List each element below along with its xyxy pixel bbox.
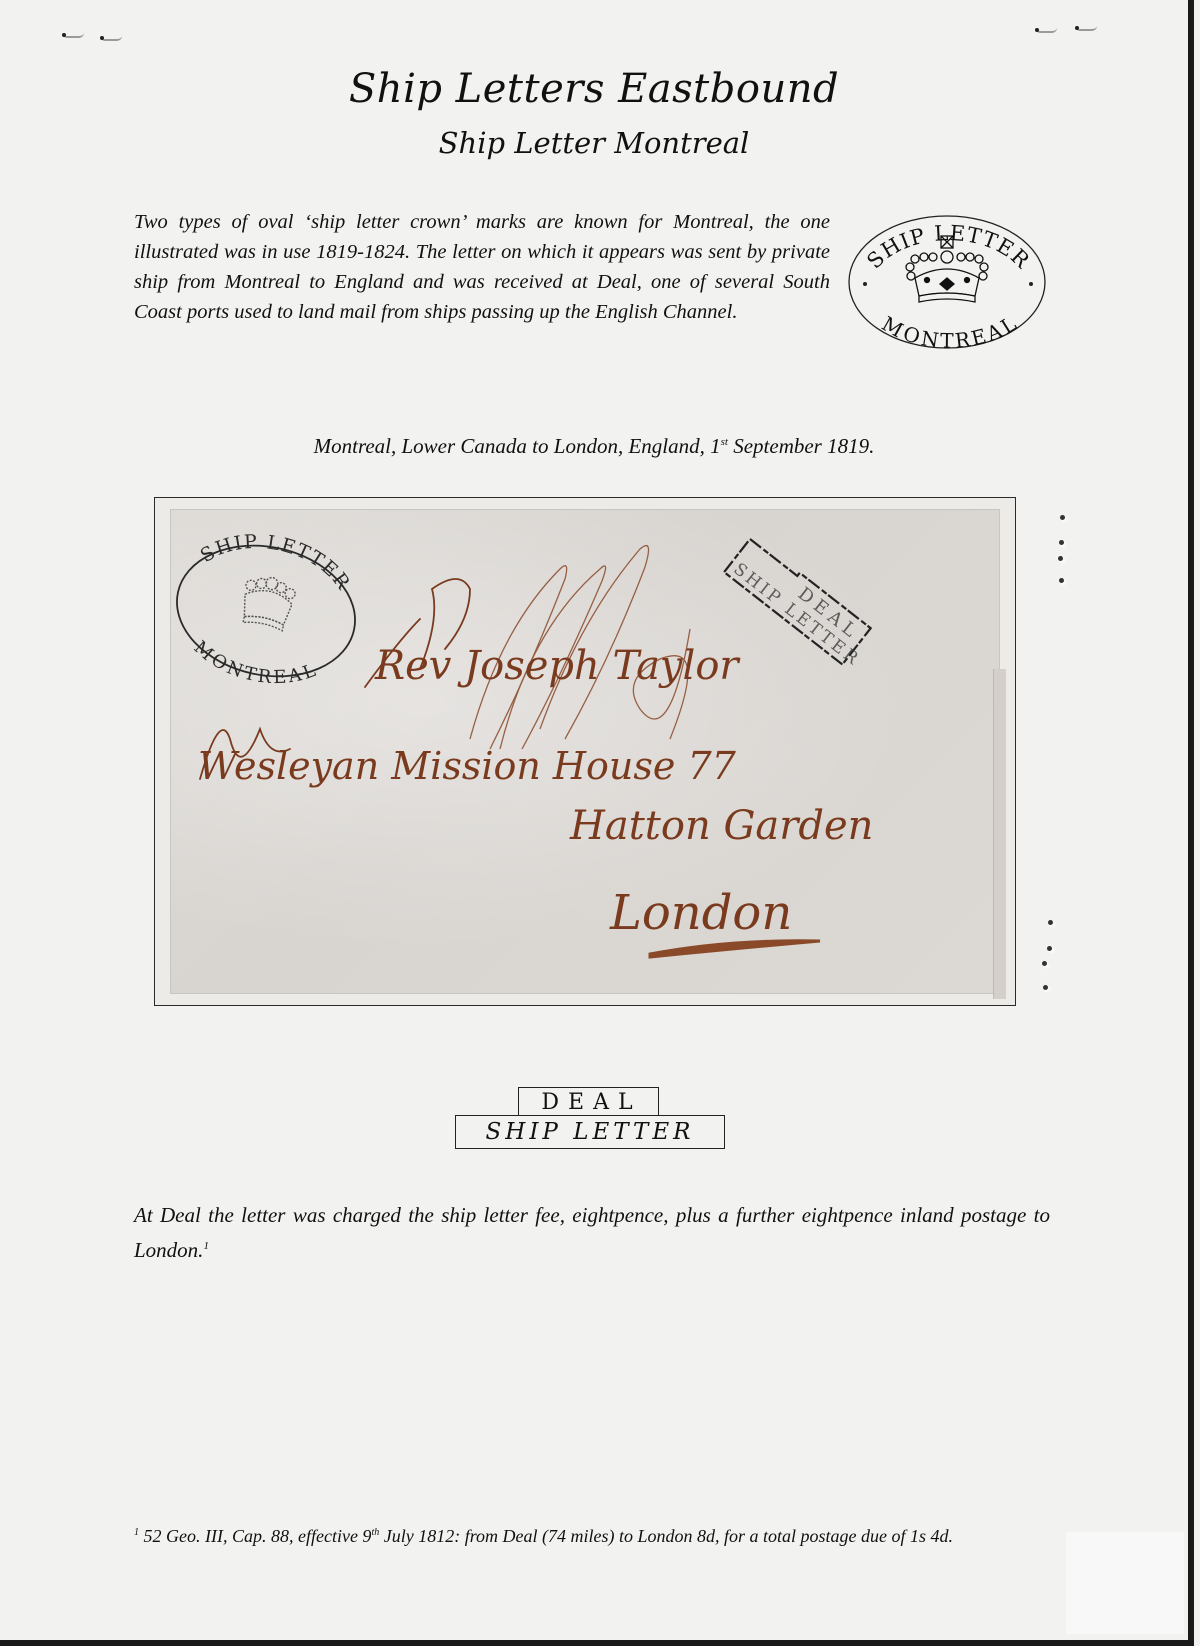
cover-mount: SHIP LETTER MONTREAL — [154, 497, 1016, 1006]
address-line-addressee: Rev Joseph Taylor — [374, 643, 741, 689]
punch-hole — [1042, 961, 1047, 966]
rate-explanation-text: At Deal the letter was charged the ship … — [134, 1203, 1050, 1262]
hinge-mark — [1075, 26, 1101, 32]
footnote-text-1: 52 Geo. III, Cap. 88, effective 9 — [139, 1526, 371, 1546]
deal-ship-letter-strike: DEAL SHIP LETTER — [724, 536, 879, 671]
footnote-ref: 1 — [203, 1240, 209, 1252]
underline-stroke — [650, 941, 820, 957]
rate-explanation: At Deal the letter was charged the ship … — [134, 1200, 1050, 1266]
address-line-house: Wesleyan Mission House 77 — [198, 744, 737, 788]
svg-text:MONTREAL: MONTREAL — [186, 635, 323, 699]
ship-letter-oval-illustration: SHIP LETTER MONTREAL — [845, 212, 1050, 352]
crown-icon — [238, 573, 297, 632]
postal-cover: SHIP LETTER MONTREAL — [170, 509, 1000, 994]
punch-hole — [1047, 946, 1052, 951]
page-title: Ship Letters Eastbound — [0, 66, 1188, 112]
footnote-text-2: July 1812: from Deal (74 miles) to Londo… — [379, 1526, 953, 1546]
deal-mark-line1: DEAL — [518, 1087, 659, 1115]
strike-bottom-text: MONTREAL — [186, 635, 323, 699]
caption-text: Montreal, Lower Canada to London, Englan… — [314, 434, 721, 458]
punch-hole — [1048, 920, 1053, 925]
address-line-city: London — [609, 885, 792, 941]
hinge-mark — [100, 36, 126, 42]
cover-caption: Montreal, Lower Canada to London, Englan… — [0, 434, 1188, 459]
hinge-mark — [1035, 28, 1061, 34]
punch-hole — [1060, 515, 1065, 520]
hinge-mark — [62, 33, 88, 39]
oval-bottom-text: MONTREAL — [878, 311, 1021, 352]
punch-hole — [1059, 540, 1064, 545]
address-line-street: Hatton Garden — [569, 803, 873, 849]
punch-hole — [1058, 556, 1063, 561]
intro-paragraph: Two types of oval ‘ship letter crown’ ma… — [134, 207, 830, 327]
page-subtitle: Ship Letter Montreal — [0, 126, 1188, 160]
footnote: 1 52 Geo. III, Cap. 88, effective 9th Ju… — [134, 1519, 1064, 1550]
svg-text:MONTREAL: MONTREAL — [878, 311, 1021, 352]
deal-ship-letter-illustration: DEAL SHIP LETTER — [455, 1087, 725, 1151]
caption-ordinal: st — [721, 436, 728, 448]
deal-mark-line2: SHIP LETTER — [455, 1115, 725, 1149]
punch-hole — [1043, 985, 1048, 990]
montreal-oval-strike: SHIP LETTER MONTREAL — [170, 517, 367, 702]
punch-hole — [1059, 578, 1064, 583]
page-corner-patch — [1066, 1532, 1184, 1634]
caption-date: September 1819. — [728, 434, 874, 458]
album-page: Ship Letters Eastbound Ship Letter Montr… — [0, 0, 1194, 1646]
